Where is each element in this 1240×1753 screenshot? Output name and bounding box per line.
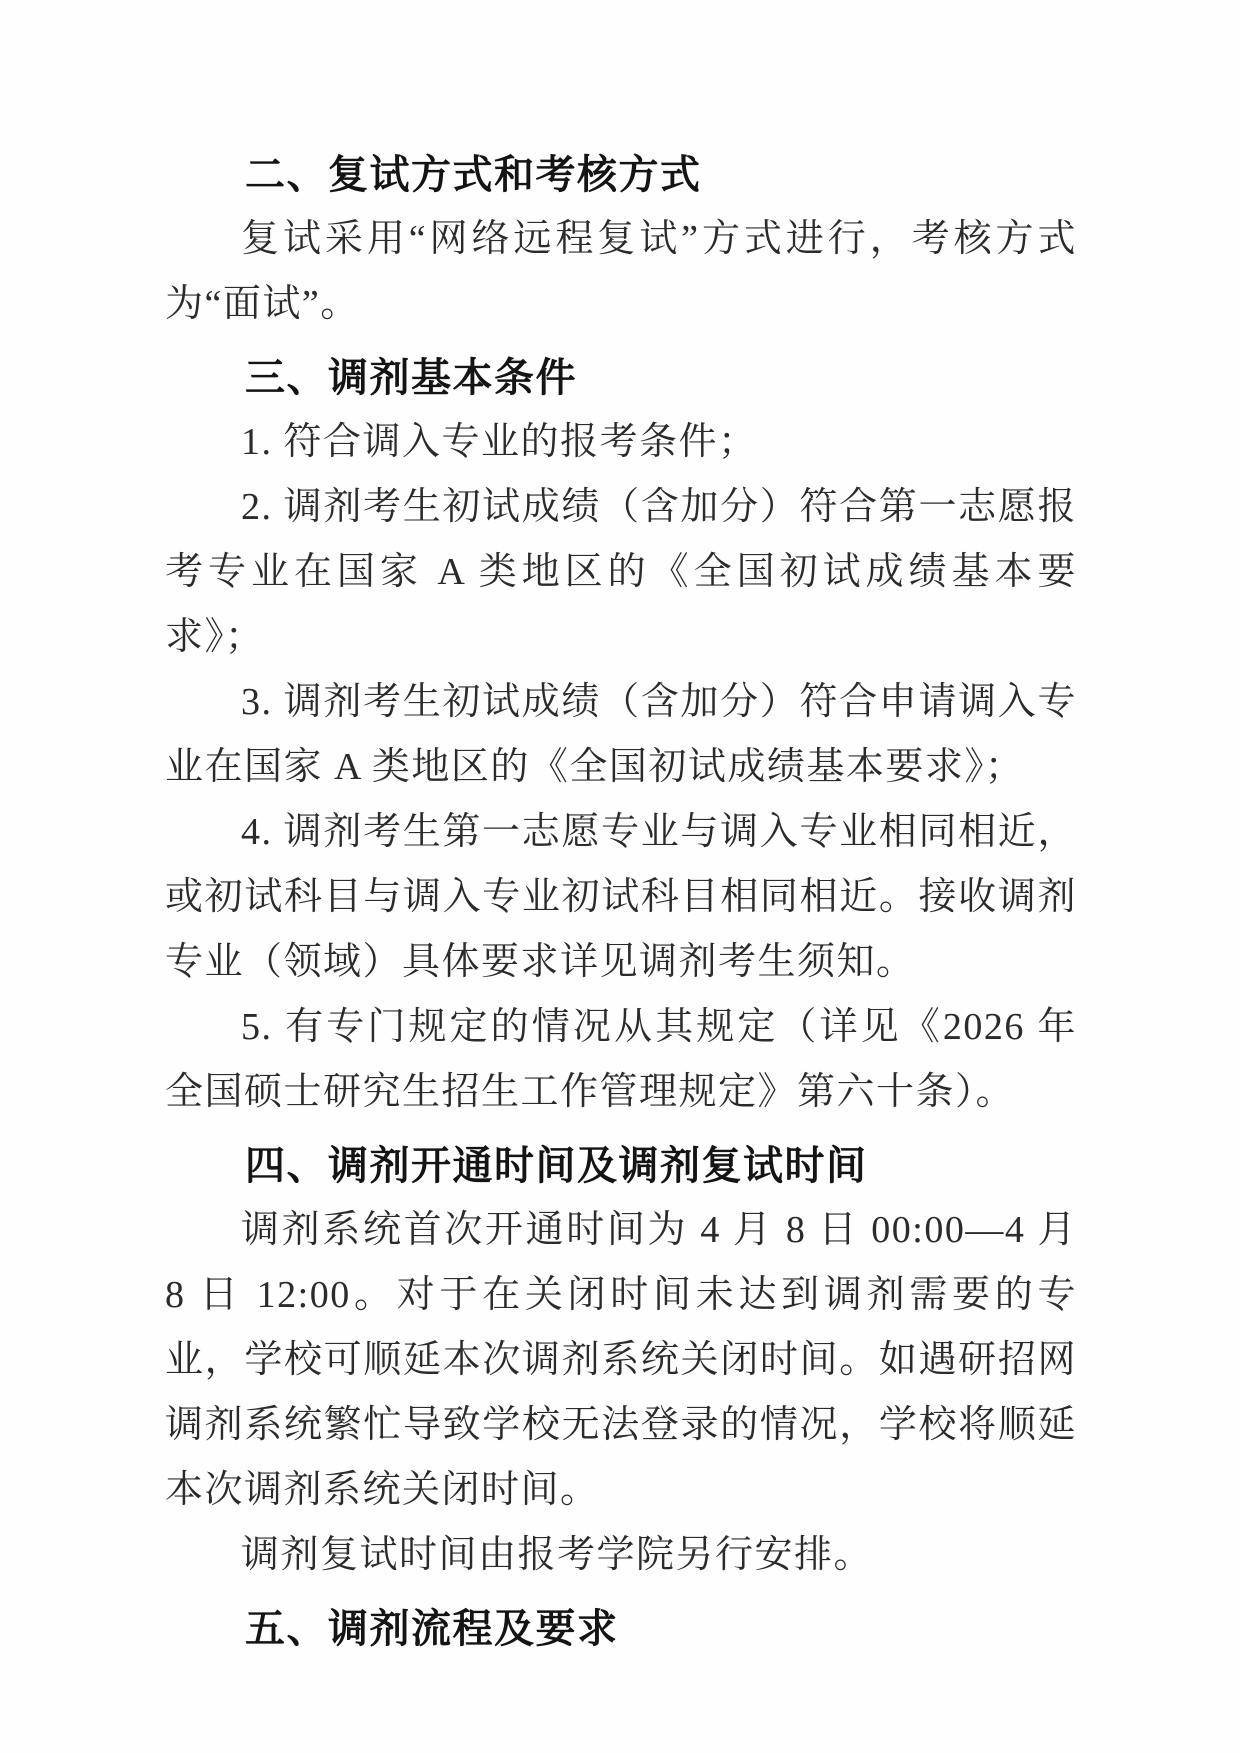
paragraph-condition-1: 1. 符合调入专业的报考条件；	[165, 410, 1077, 475]
heading-section-3-transfer-conditions: 三、调剂基本条件	[165, 345, 1077, 410]
paragraph-interview-method: 复试采用“网络远程复试”方式进行，考核方式为“面试”。	[165, 207, 1077, 337]
document-page: 二、复试方式和考核方式 复试采用“网络远程复试”方式进行，考核方式为“面试”。 …	[0, 0, 1240, 1753]
paragraph-condition-5: 5. 有专门规定的情况从其规定（详见《2026 年全国硕士研究生招生工作管理规定…	[165, 995, 1077, 1125]
document-content: 二、复试方式和考核方式 复试采用“网络远程复试”方式进行，考核方式为“面试”。 …	[165, 142, 1077, 1661]
heading-section-2-interview-method: 二、复试方式和考核方式	[165, 142, 1077, 207]
paragraph-condition-2: 2. 调剂考生初试成绩（含加分）符合第一志愿报考专业在国家 A 类地区的《全国初…	[165, 475, 1077, 670]
paragraph-system-open-time: 调剂系统首次开通时间为 4 月 8 日 00:00—4 月 8 日 12:00。…	[165, 1198, 1077, 1523]
heading-section-4-system-open-time: 四、调剂开通时间及调剂复试时间	[165, 1133, 1077, 1198]
paragraph-reexam-time-arrangement: 调剂复试时间由报考学院另行安排。	[165, 1523, 1077, 1588]
heading-section-5-transfer-process: 五、调剂流程及要求	[165, 1596, 1077, 1661]
paragraph-condition-3: 3. 调剂考生初试成绩（含加分）符合申请调入专业在国家 A 类地区的《全国初试成…	[165, 670, 1077, 800]
paragraph-condition-4: 4. 调剂考生第一志愿专业与调入专业相同相近，或初试科目与调入专业初试科目相同相…	[165, 800, 1077, 995]
